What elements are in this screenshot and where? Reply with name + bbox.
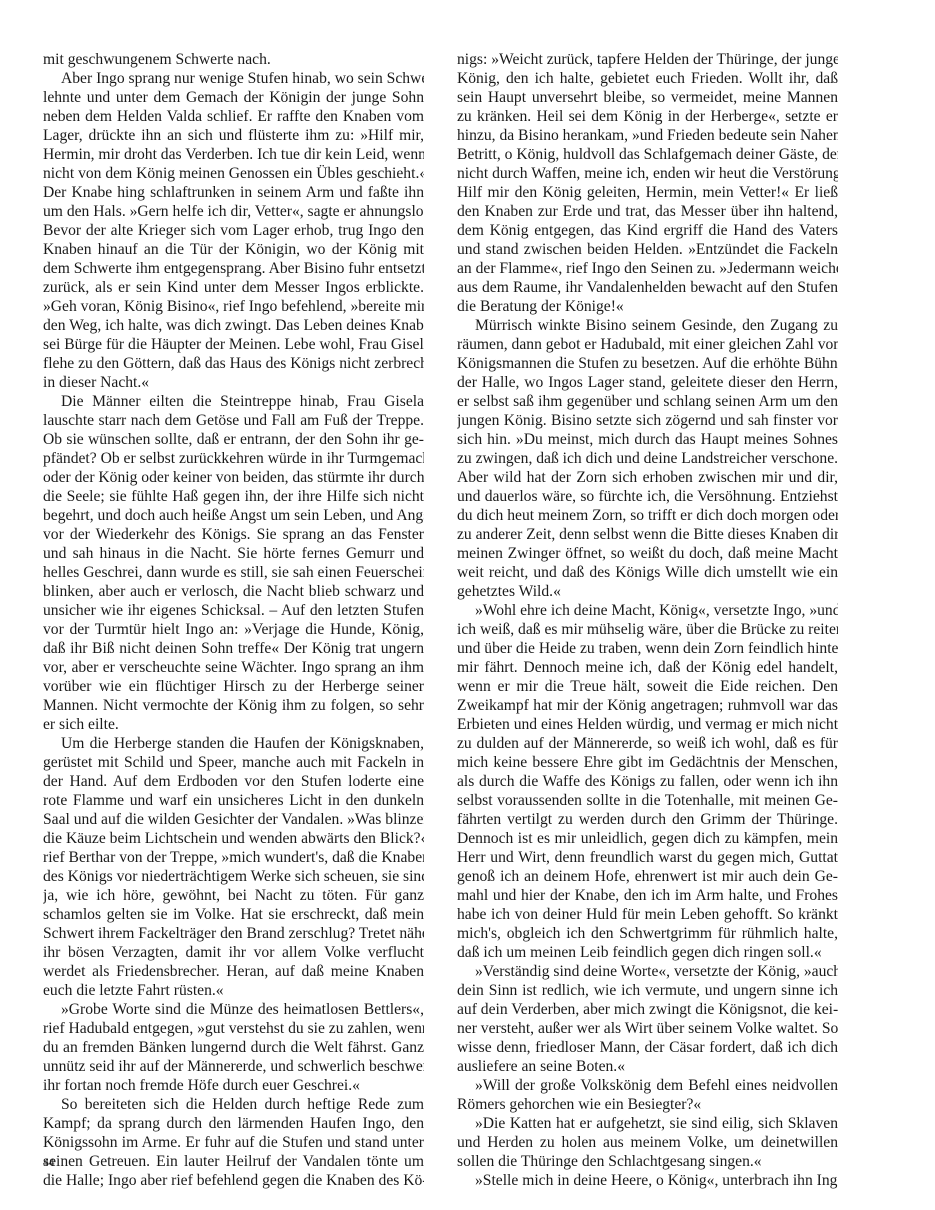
text-line: Römers gehorchen wie ein Besiegter?« bbox=[457, 1095, 838, 1114]
text-line: dem Schwerte ihm entgegensprang. Aber Bi… bbox=[43, 259, 424, 278]
text-line: Herr und Wirt, denn freundlich warst du … bbox=[457, 848, 838, 867]
text-line: wisse denn, friedloser Mann, der Cäsar f… bbox=[457, 1038, 838, 1057]
text-line: Saal und auf die wilden Gesichter der Va… bbox=[43, 810, 424, 829]
text-line: Aber wild hat der Zorn sich erhoben zwis… bbox=[457, 468, 838, 487]
text-line: genoß ich an deinem Hofe, ehrenwert ist … bbox=[457, 867, 838, 886]
text-line: Mannen. Nicht vermochte der König ihm zu… bbox=[43, 696, 424, 715]
text-line: rief Hadubald entgegen, »gut verstehst d… bbox=[43, 1019, 424, 1038]
text-line: sein Haupt unversehrt bleibe, so vermeid… bbox=[457, 88, 838, 107]
text-line: zu zwingen, daß ich dich und deine Lands… bbox=[457, 449, 838, 468]
text-line: sollen die Thüringe den Schlachtgesang s… bbox=[457, 1152, 838, 1171]
text-line: fährten vertilgt zu werden durch den Gri… bbox=[457, 810, 838, 829]
text-line: aus dem Raume, ihr Vandalenhelden bewach… bbox=[457, 278, 838, 297]
text-line: Betritt, o König, huldvoll das Schlafgem… bbox=[457, 145, 838, 164]
text-line: meinen Zwinger öffnet, so weißt du doch,… bbox=[457, 544, 838, 563]
text-line: lauschte starr nach dem Getöse und Fall … bbox=[43, 411, 424, 430]
text-line: Erbieten und eines Helden würdig, und ve… bbox=[457, 715, 838, 734]
text-line: vorüber wie ein flüchtiger Hirsch zu der… bbox=[43, 677, 424, 696]
text-line: mahl und hier der Knabe, den ich im Arm … bbox=[457, 886, 838, 905]
text-line: zu kränken. Heil sei dem König in der He… bbox=[457, 107, 838, 126]
text-line: er sich eilte. bbox=[43, 715, 424, 734]
text-line: der Hand. Auf dem Erdboden vor den Stufe… bbox=[43, 772, 424, 791]
text-line: du an fremden Bänken lungernd durch die … bbox=[43, 1038, 424, 1057]
text-line: Dennoch ist es mir unleidlich, gegen dic… bbox=[457, 829, 838, 848]
text-line: vor der Turmtür hielt Ingo an: »Verjage … bbox=[43, 620, 424, 639]
text-line: neben dem Helden Valda schlief. Er rafft… bbox=[43, 107, 424, 126]
text-line: mich keine bessere Ehre gibt im Gedächtn… bbox=[457, 753, 838, 772]
text-line: und über die Heide zu traben, wenn dein … bbox=[457, 639, 838, 658]
text-line: ja, wie ich höre, gewöhnt, bei Nacht zu … bbox=[43, 886, 424, 905]
text-line: So bereiteten sich die Helden durch heft… bbox=[43, 1095, 424, 1114]
text-line: den Knaben zur Erde und trat, das Messer… bbox=[457, 202, 838, 221]
text-line: »Stelle mich in deine Heere, o König«, u… bbox=[457, 1171, 838, 1190]
text-line: daß ihr Biß nicht deinen Sohn treffe« De… bbox=[43, 639, 424, 658]
text-line: »Verständig sind deine Worte«, versetzte… bbox=[457, 962, 838, 981]
text-line: flehe zu den Göttern, daß das Haus des K… bbox=[43, 354, 424, 373]
text-line: zu anderer Zeit, denn selbst wenn die Bi… bbox=[457, 525, 838, 544]
text-line: du dich heut meinem Zorn, so trifft er d… bbox=[457, 506, 838, 525]
text-line: ausliefere an seine Boten.« bbox=[457, 1057, 838, 1076]
text-line: Zweikampf hat mir der König angetragen; … bbox=[457, 696, 838, 715]
text-line: oder der König oder keiner von beiden, d… bbox=[43, 468, 424, 487]
text-line: Ob sie wünschen sollte, daß er entrann, … bbox=[43, 430, 424, 449]
text-line: seinen Getreuen. Ein lauter Heilruf der … bbox=[43, 1152, 424, 1171]
text-line: und stand zwischen beiden Helden. »Entzü… bbox=[457, 240, 838, 259]
text-line: daß ich um meinen Leib feindlich gegen d… bbox=[457, 943, 838, 962]
text-line: Hilf mir den König geleiten, Hermin, mei… bbox=[457, 183, 838, 202]
text-line: König, den ich halte, gebietet euch Frie… bbox=[457, 69, 838, 88]
text-line: ich weiß, daß es mir mühselig wäre, über… bbox=[457, 620, 838, 639]
text-line: »Will der große Volkskönig dem Befehl ei… bbox=[457, 1076, 838, 1095]
text-line: »Die Katten hat er aufgehetzt, sie sind … bbox=[457, 1114, 838, 1133]
text-line: auf dein Verderben, aber mich zwingt die… bbox=[457, 1000, 838, 1019]
text-line: habe ich von deiner Huld für mein Leben … bbox=[457, 905, 838, 924]
text-line: mit geschwungenem Schwerte nach. bbox=[43, 50, 424, 69]
text-line: unsicher wie ihr eigenes Schicksal. – Au… bbox=[43, 601, 424, 620]
text-line: und Herden zu holen aus meinem Volke, um… bbox=[457, 1133, 838, 1152]
text-line: pfändet? Ob er selbst zurückkehren würde… bbox=[43, 449, 424, 468]
text-line: blinken, aber auch er verlosch, die Nach… bbox=[43, 582, 424, 601]
text-line: Königsmannen die Stufen zu besetzen. Auf… bbox=[457, 354, 838, 373]
text-line: rote Flamme und warf ein unsicheres Lich… bbox=[43, 791, 424, 810]
text-line: nicht von dem König meinen Genossen ein … bbox=[43, 164, 424, 183]
text-line: und sah hinaus in die Nacht. Sie hörte f… bbox=[43, 544, 424, 563]
text-line: gehetztes Wild.« bbox=[457, 582, 838, 601]
text-line: Knaben hinauf an die Tür der Königin, wo… bbox=[43, 240, 424, 259]
text-line: ner versteht, außer wer als Wirt über se… bbox=[457, 1019, 838, 1038]
text-line: dem König entgegen, das Kind ergriff die… bbox=[457, 221, 838, 240]
text-line: helles Geschrei, dann wurde es still, si… bbox=[43, 563, 424, 582]
text-line: Um die Herberge standen die Haufen der K… bbox=[43, 734, 424, 753]
text-line: sich hin. »Du meinst, mich durch das Hau… bbox=[457, 430, 838, 449]
text-line: Schwert ihrem Fackelträger den Brand zer… bbox=[43, 924, 424, 943]
text-line: und dauerlos wäre, so fürchte ich, die V… bbox=[457, 487, 838, 506]
text-line: jungen König. Bisino setzte sich zögernd… bbox=[457, 411, 838, 430]
text-line: um den Hals. »Gern helfe ich dir, Vetter… bbox=[43, 202, 424, 221]
text-line: die Beratung der Könige!« bbox=[457, 297, 838, 316]
text-line: nigs: »Weicht zurück, tapfere Helden der… bbox=[457, 50, 838, 69]
text-line: »Wohl ehre ich deine Macht, König«, vers… bbox=[457, 601, 838, 620]
text-line: ihr bösen Verzagten, damit ihr vor allem… bbox=[43, 943, 424, 962]
text-line: selbst voraussenden sollte in die Totenh… bbox=[457, 791, 838, 810]
left-column: mit geschwungenem Schwerte nach.Aber Ing… bbox=[43, 50, 424, 1190]
text-line: zurück, als er sein Kind unter dem Messe… bbox=[43, 278, 424, 297]
text-line: Hermin, mir droht das Verderben. Ich tue… bbox=[43, 145, 424, 164]
text-line: in dieser Nacht.« bbox=[43, 373, 424, 392]
text-line: schamlos gelten sie im Volke. Hat sie er… bbox=[43, 905, 424, 924]
text-line: lehnte und unter dem Gemach der Königin … bbox=[43, 88, 424, 107]
text-line: er selbst saß ihm gegenüber und schlang … bbox=[457, 392, 838, 411]
text-line: des Königs vor niederträchtigem Werke si… bbox=[43, 867, 424, 886]
text-line: als durch die Waffe des Königs zu fallen… bbox=[457, 772, 838, 791]
text-line: mir fährt. Dennoch meine ich, daß der Kö… bbox=[457, 658, 838, 677]
text-line: dein Sinn ist redlich, wie ich vermute, … bbox=[457, 981, 838, 1000]
text-line: »Grobe Worte sind die Münze des heimatlo… bbox=[43, 1000, 424, 1019]
text-line: rief Berthar von der Treppe, »mich wunde… bbox=[43, 848, 424, 867]
text-line: Mürrisch winkte Bisino seinem Gesinde, d… bbox=[457, 316, 838, 335]
text-line: mich's, obgleich ich den Schwertgrimm fü… bbox=[457, 924, 838, 943]
text-line: sei Bürge für die Häupter der Meinen. Le… bbox=[43, 335, 424, 354]
text-line: Königssohn im Arme. Er fuhr auf die Stuf… bbox=[43, 1133, 424, 1152]
text-line: Kampf; da sprang durch den lärmenden Hau… bbox=[43, 1114, 424, 1133]
text-line: weit reicht, und daß des Königs Wille di… bbox=[457, 563, 838, 582]
page-number: 44 bbox=[43, 1156, 55, 1170]
text-line: Die Männer eilten die Steintreppe hinab,… bbox=[43, 392, 424, 411]
text-line: zu dulden auf der Männererde, so weiß ic… bbox=[457, 734, 838, 753]
text-line: unnütz seid ihr auf der Männererde, und … bbox=[43, 1057, 424, 1076]
text-line: vor der Wiederkehr des Königs. Sie spran… bbox=[43, 525, 424, 544]
text-line: »Geh voran, König Bisino«, rief Ingo bef… bbox=[43, 297, 424, 316]
text-line: die Käuze beim Lichtschein und wenden ab… bbox=[43, 829, 424, 848]
text-line: ihr fortan noch fremde Höfe durch euer G… bbox=[43, 1076, 424, 1095]
text-line: gerüstet mit Schild und Speer, manche au… bbox=[43, 753, 424, 772]
text-line: der Halle, wo Ingos Lager stand, geleite… bbox=[457, 373, 838, 392]
text-line: begehrt, und doch auch heiße Angst um se… bbox=[43, 506, 424, 525]
text-line: räumen, dann gebot er Hadubald, mit eine… bbox=[457, 335, 838, 354]
text-line: euch die letzte Fahrt rüsten.« bbox=[43, 981, 424, 1000]
text-line: wenn er mir die Treue hält, soweit die E… bbox=[457, 677, 838, 696]
text-line: Bevor der alte Krieger sich vom Lager er… bbox=[43, 221, 424, 240]
text-line: an der Flamme«, rief Ingo den Seinen zu.… bbox=[457, 259, 838, 278]
text-line: Aber Ingo sprang nur wenige Stufen hinab… bbox=[43, 69, 424, 88]
text-line: nicht durch Waffen, meine ich, enden wir… bbox=[457, 164, 838, 183]
text-line: Lager, drückte ihn an sich und flüsterte… bbox=[43, 126, 424, 145]
right-column: nigs: »Weicht zurück, tapfere Helden der… bbox=[457, 50, 838, 1190]
text-line: die Halle; Ingo aber rief befehlend gege… bbox=[43, 1171, 424, 1190]
text-line: den Weg, ich halte, was dich zwingt. Das… bbox=[43, 316, 424, 335]
text-line: die Seele; sie fühlte Haß gegen ihn, der… bbox=[43, 487, 424, 506]
text-line: werdet als Friedensbrecher. Heran, auf d… bbox=[43, 962, 424, 981]
text-line: hinzu, da Bisino herankam, »und Frieden … bbox=[457, 126, 838, 145]
text-line: Der Knabe hing schlaftrunken in seinem A… bbox=[43, 183, 424, 202]
text-line: vor, aber er verscheuchte seine Wächter.… bbox=[43, 658, 424, 677]
